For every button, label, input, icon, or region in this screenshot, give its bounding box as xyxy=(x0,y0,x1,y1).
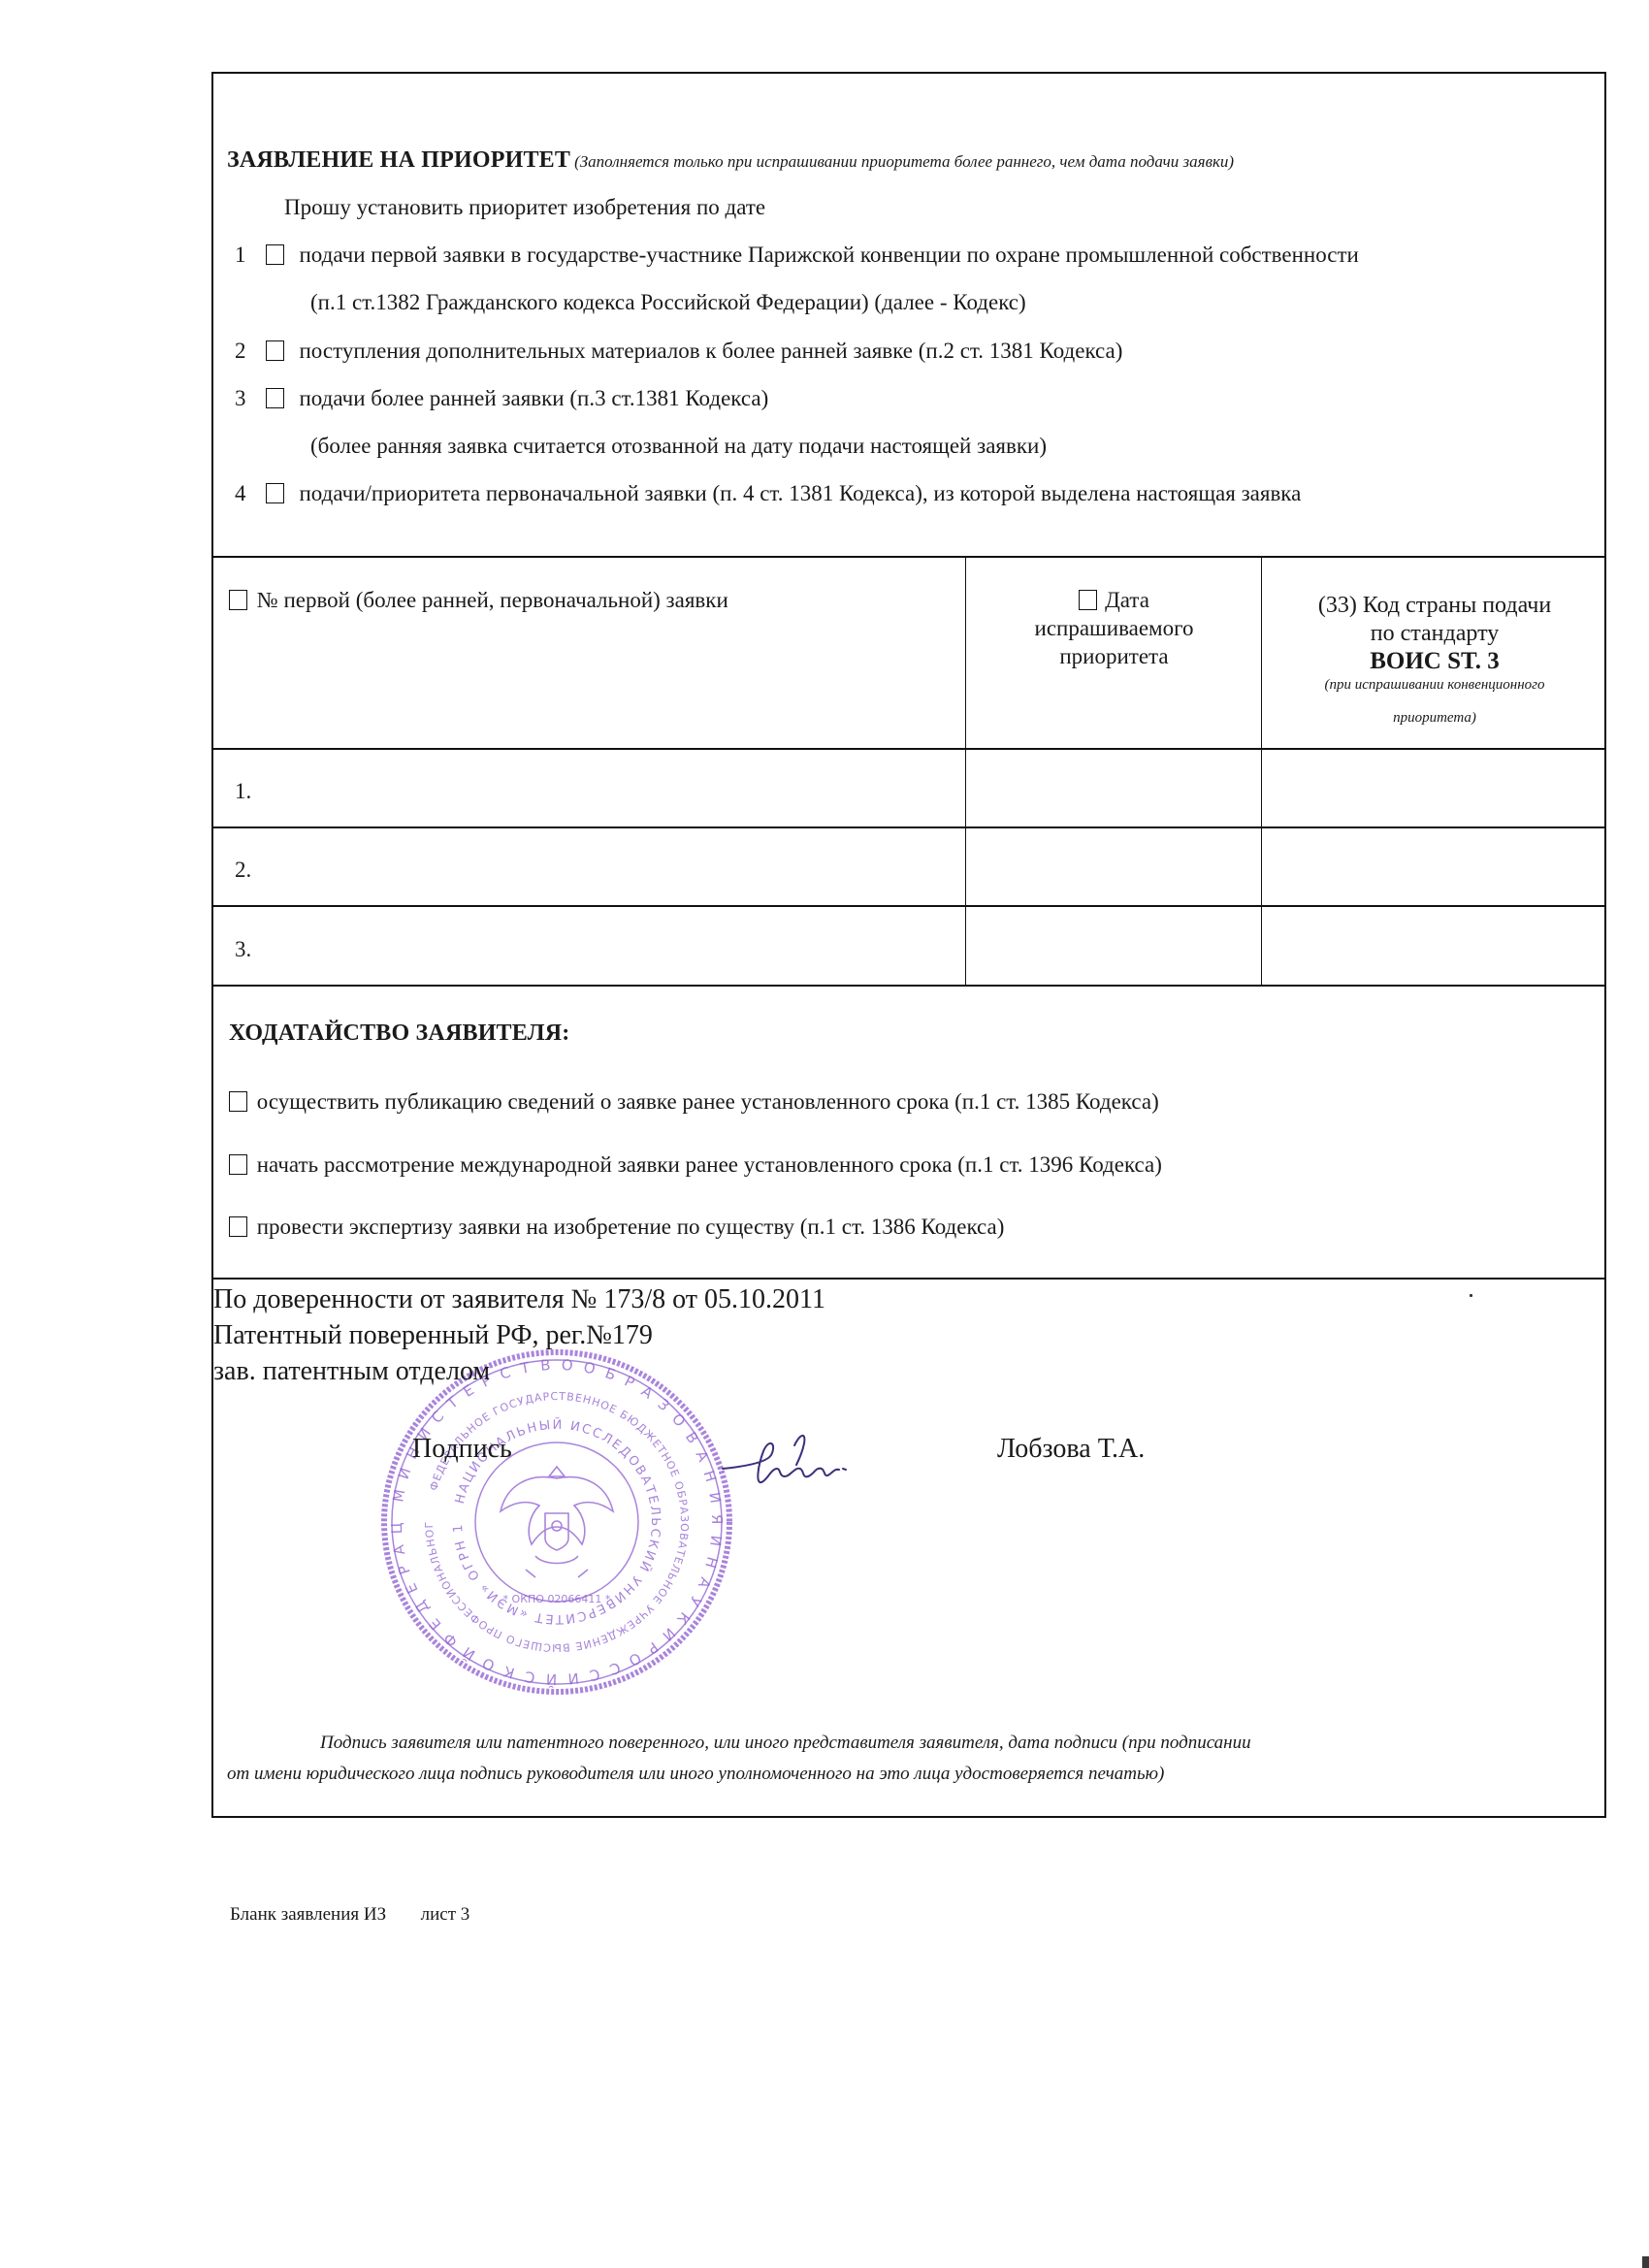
patent-attorney-line: Патентный поверенный РФ, рег.№179 xyxy=(213,1320,653,1351)
option-text: подачи первой заявки в государстве-участ… xyxy=(300,243,1359,267)
option-number: 2 xyxy=(235,339,256,364)
table-row-2-number-cell[interactable] xyxy=(213,828,964,905)
signature-label: Подпись xyxy=(412,1434,512,1465)
option-number: 3 xyxy=(235,386,256,411)
signer-name: Лобзова Т.А. xyxy=(997,1434,1145,1465)
sheet-number: лист 3 xyxy=(421,1904,470,1925)
priority-option-2: 2 поступления дополнительных материалов … xyxy=(235,339,1122,364)
priority-option-1-continuation: (п.1 ст.1382 Гражданского кодекса Россий… xyxy=(310,290,1026,315)
table-row-3-number-cell[interactable] xyxy=(213,907,964,984)
option-text: поступления дополнительных материалов к … xyxy=(300,339,1123,363)
table-row-1-number-cell[interactable] xyxy=(213,750,964,826)
table-header-application-number: № первой (более ранней, первоначальной) … xyxy=(229,588,728,613)
priority-option-3-checkbox[interactable] xyxy=(266,388,284,408)
table-header-priority-date: Дата испрашиваемого приоритета xyxy=(967,586,1261,670)
priority-option-3: 3 подачи более ранней заявки (п.3 ст.138… xyxy=(235,386,768,411)
table-header-country-code: (33) Код страны подачи по стандарту ВОИС… xyxy=(1263,592,1606,727)
table-col-divider-2 xyxy=(1261,557,1262,986)
signature-note-line1: Подпись заявителя или патентного поверен… xyxy=(320,1733,1251,1754)
divider-signature-top xyxy=(211,1278,1606,1280)
petition-option-3: провести экспертизу заявки на изобретени… xyxy=(229,1215,1004,1240)
priority-title: ЗАЯВЛЕНИЕ НА ПРИОРИТЕТ xyxy=(227,147,570,173)
petition-title: ХОДАТАЙСТВО ЗАЯВИТЕЛЯ: xyxy=(229,1021,569,1047)
form-name: Бланк заявления ИЗ xyxy=(230,1904,386,1925)
official-seal-stamp: М И Н И С Т Е Р С Т В О О Б Р А З О В А … xyxy=(380,1348,733,1696)
divider-petition-top xyxy=(211,985,1606,987)
priority-option-4-checkbox[interactable] xyxy=(266,483,284,503)
petition-option-1: осуществить публикацию сведений о заявке… xyxy=(229,1089,1159,1115)
option-number: 1 xyxy=(235,243,256,268)
scan-speck xyxy=(1470,1294,1472,1297)
option-text: подачи/приоритета первоначальной заявки … xyxy=(300,481,1302,505)
priority-title-row: ЗАЯВЛЕНИЕ НА ПРИОРИТЕТ (Заполняется толь… xyxy=(227,147,1234,174)
table-col-divider-1 xyxy=(965,557,966,986)
priority-option-4: 4 подачи/приоритета первоначальной заявк… xyxy=(235,481,1301,506)
table-row-2-country-cell[interactable] xyxy=(1263,828,1605,905)
petition-option-2: начать рассмотрение международной заявки… xyxy=(229,1152,1162,1178)
option-number: 4 xyxy=(235,481,256,506)
power-of-attorney-line: По доверенности от заявителя № 173/8 от … xyxy=(213,1284,825,1315)
petition-option-2-checkbox[interactable] xyxy=(229,1154,247,1175)
table-row-1-date-cell[interactable] xyxy=(967,750,1260,826)
petition-option-3-checkbox[interactable] xyxy=(229,1216,247,1237)
priority-option-1-checkbox[interactable] xyxy=(266,244,284,265)
priority-intro: Прошу установить приоритет изобретения п… xyxy=(284,195,765,220)
handwritten-signature xyxy=(713,1426,858,1504)
signature-note-line2: от имени юридического лица подпись руков… xyxy=(227,1764,1164,1785)
priority-date-checkbox[interactable] xyxy=(1079,590,1097,610)
priority-title-note: (Заполняется только при испрашивании при… xyxy=(574,152,1234,171)
table-row-3-country-cell[interactable] xyxy=(1263,907,1605,984)
page-footer: Бланк заявления ИЗ лист 3 xyxy=(230,1904,469,1926)
svg-text:* ОКПО 02066411 *: * ОКПО 02066411 * xyxy=(503,1593,611,1605)
table-row-3-date-cell[interactable] xyxy=(967,907,1260,984)
priority-option-2-checkbox[interactable] xyxy=(266,340,284,361)
petition-option-1-checkbox[interactable] xyxy=(229,1091,247,1112)
position-line: зав. патентным отделом xyxy=(213,1356,490,1387)
table-row-2-date-cell[interactable] xyxy=(967,828,1260,905)
divider-priority-table-top xyxy=(211,556,1606,558)
application-number-checkbox[interactable] xyxy=(229,590,247,610)
priority-option-3-continuation: (более ранняя заявка считается отозванно… xyxy=(310,434,1047,459)
option-text: подачи более ранней заявки (п.3 ст.1381 … xyxy=(300,386,769,410)
priority-option-1: 1 подачи первой заявки в государстве-уча… xyxy=(235,243,1359,268)
page-edge-mark xyxy=(1642,2256,1649,2268)
table-row-1-country-cell[interactable] xyxy=(1263,750,1605,826)
svg-text:НАЦИОНАЛЬНЫЙ ИССЛЕДОВАТЕЛЬСКИЙ: НАЦИОНАЛЬНЫЙ ИССЛЕДОВАТЕЛЬСКИЙ УНИВЕРСИТ… xyxy=(380,1348,663,1626)
